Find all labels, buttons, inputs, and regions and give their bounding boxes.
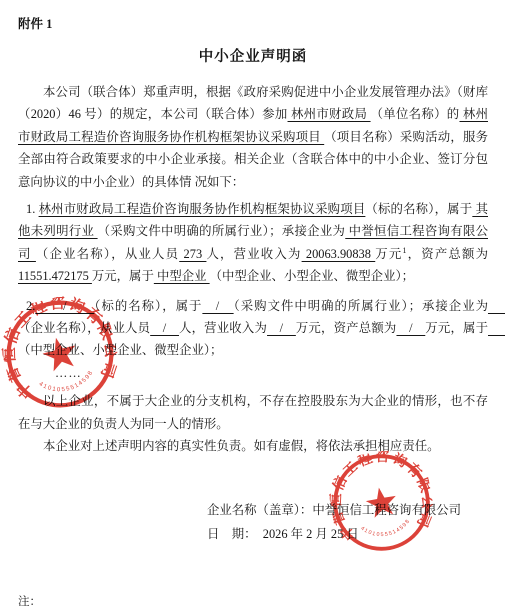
item2-subject-blank: / (35, 299, 94, 313)
item1-text: 万元 (375, 247, 402, 261)
item2-revenue-blank: / (267, 321, 296, 335)
item1-assets-value: 11551.472175 (18, 269, 92, 283)
item1-size-value: 中型企业 (154, 269, 210, 283)
document-body: 附件 1 中小企业声明函 本公司（联合体）郑重声明，根据《政府采购促进中小企业发… (18, 14, 488, 606)
signature-block: 企业名称（盖章）：中誉恒信工程咨询有限公司 日 期： 2026 年 2 月 25… (207, 498, 488, 546)
item2-number: 2. (26, 299, 35, 313)
item1-text: ，资产总额为 (406, 247, 488, 261)
date-value: 2026 年 2 月 25 日 (263, 527, 359, 541)
item1-text: 万元，属于 (92, 269, 154, 283)
declaration-document: 附件 1 中小企业声明函 本公司（联合体）郑重声明，根据《政府采购促进中小企业发… (0, 0, 505, 606)
company-seal-label: 企业名称（盖章）： (207, 503, 312, 517)
paragraph-declaration: 本公司（联合体）郑重声明，根据《政府采购促进中小企业发展管理办法》（财库（202… (18, 81, 488, 193)
company-name-value: 中誉恒信工程咨询有限公司 (312, 503, 461, 517)
paragraph-item-2: 2. / （标的名称），属于 / （采购文件中明确的所属行业）；承接企业为 （企… (18, 295, 488, 362)
attachment-label: 附件 1 (18, 14, 488, 32)
item1-number: 1. (26, 202, 39, 216)
ellipsis-line: …… (55, 362, 488, 384)
item2-text: （企业名称），从业人员 (18, 321, 150, 335)
item1-employees-value: 273 (179, 247, 206, 261)
item1-text: （中型企业、小型企业、微型企业）； (210, 269, 414, 283)
item2-company-blank (488, 299, 505, 313)
item2-text: 万元，属于 (425, 321, 488, 335)
item2-text: 人，营业收入为 (179, 321, 267, 335)
item1-text: 人，营业收入为 (206, 247, 301, 261)
item2-assets-blank: / (396, 321, 425, 335)
item1-text: （企业名称），从业人员 (36, 247, 179, 261)
item1-text: （采购文件中明确的所属行业）；承接企业为 (98, 224, 346, 238)
document-title: 中小企业声明函 (18, 45, 488, 66)
item1-revenue-value: 20063.90838 (302, 247, 376, 261)
item1-text: （标的名称），属于 (365, 202, 472, 216)
paragraph-item-1: 1. 林州市财政局工程造价咨询服务协作机构框架协议采购项目（标的名称），属于 其… (18, 198, 488, 288)
item2-text: （中型企业、小型企业、微型企业）； (18, 343, 222, 357)
item2-text: （采购文件中明确的所属行业）；承接企业为 (234, 299, 488, 313)
p1-unit-name-value: 林州市财政局 (288, 107, 371, 121)
paragraph-responsibility: 本企业对上述声明内容的真实性负责。如有虚假，将依法承担相应责任。 (18, 435, 488, 457)
item2-employees-blank: / (150, 321, 179, 335)
paragraph-not-large-enterprise: 以上企业，不属于大企业的分支机构，不存在控股股东为大企业的情形，也不存在与大企业… (18, 390, 488, 435)
item2-industry-blank: / (202, 299, 233, 313)
date-label: 日 期： (207, 527, 263, 541)
p1-text: （单位名称）的 (371, 107, 460, 121)
item1-subject-name: 林州市财政局工程造价咨询服务协作机构框架协议采购项目 (39, 202, 366, 216)
item2-size-blank (488, 321, 505, 335)
item2-text: 万元，资产总额为 (296, 321, 397, 335)
note-label: 注： (18, 593, 488, 606)
signature-company-line: 企业名称（盖章）：中誉恒信工程咨询有限公司 (207, 498, 488, 522)
signature-date-line: 日 期： 2026 年 2 月 25 日 (207, 522, 488, 546)
item2-text: （标的名称），属于 (94, 299, 202, 313)
